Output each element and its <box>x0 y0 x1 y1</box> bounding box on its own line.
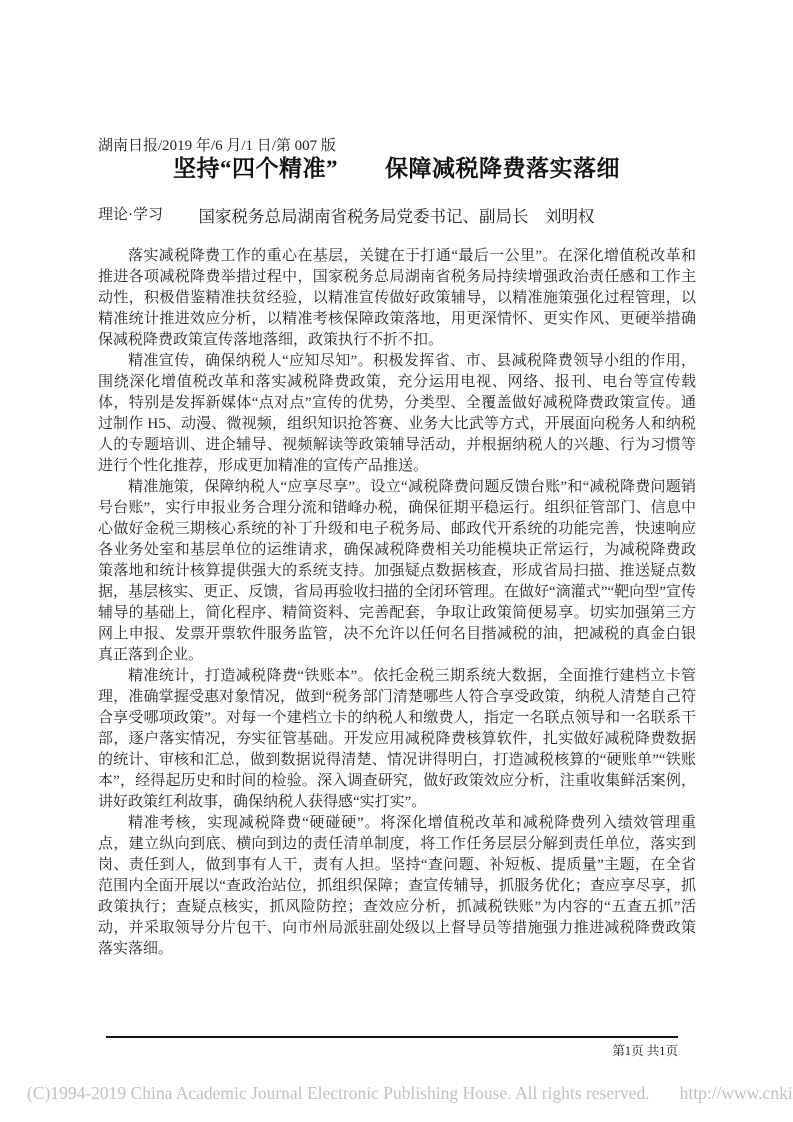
watermark-copyright: (C)1994-2019 China Academic Journal Elec… <box>27 1083 650 1103</box>
paragraph-1: 落实减税降费工作的重心在基层，关键在于打通“最后一公里”。在深化增值税改革和推进… <box>98 246 696 351</box>
footer-divider <box>106 1036 678 1038</box>
article-title: 坚持“四个精准” 保障减税降费落实落细 <box>0 150 793 183</box>
watermark: (C)1994-2019 China Academic Journal Elec… <box>27 1083 793 1104</box>
paragraph-5: 精准考核，实现减税降费“硬碰硬”。将深化增值税改革和减税降费列入绩效管理重点，建… <box>98 813 696 960</box>
paragraph-4: 精准统计，打造减税降费“铁账本”。依托金税三期系统大数据，全面推行建档立卡管理，… <box>98 666 696 813</box>
article-body: 落实减税降费工作的重心在基层，关键在于打通“最后一公里”。在深化增值税改革和推进… <box>98 246 696 960</box>
watermark-url: http://www.cnki.net <box>680 1083 793 1103</box>
document-page: 湖南日报/2019 年/6 月/1 日/第 007 版 理论·学习 坚持“四个精… <box>0 0 793 1122</box>
paragraph-2: 精准宣传，确保纳税人“应知尽知”。积极发挥省、市、县减税降费领导小组的作用，围绕… <box>98 351 696 477</box>
page-indicator: 第1页 共1页 <box>106 1041 678 1059</box>
paragraph-3: 精准施策，保障纳税人“应享尽享”。设立“减税降费问题反馈台账”和“减税降费问题销… <box>98 477 696 666</box>
article-author: 国家税务总局湖南省税务局党委书记、副局长 刘明权 <box>0 203 793 227</box>
